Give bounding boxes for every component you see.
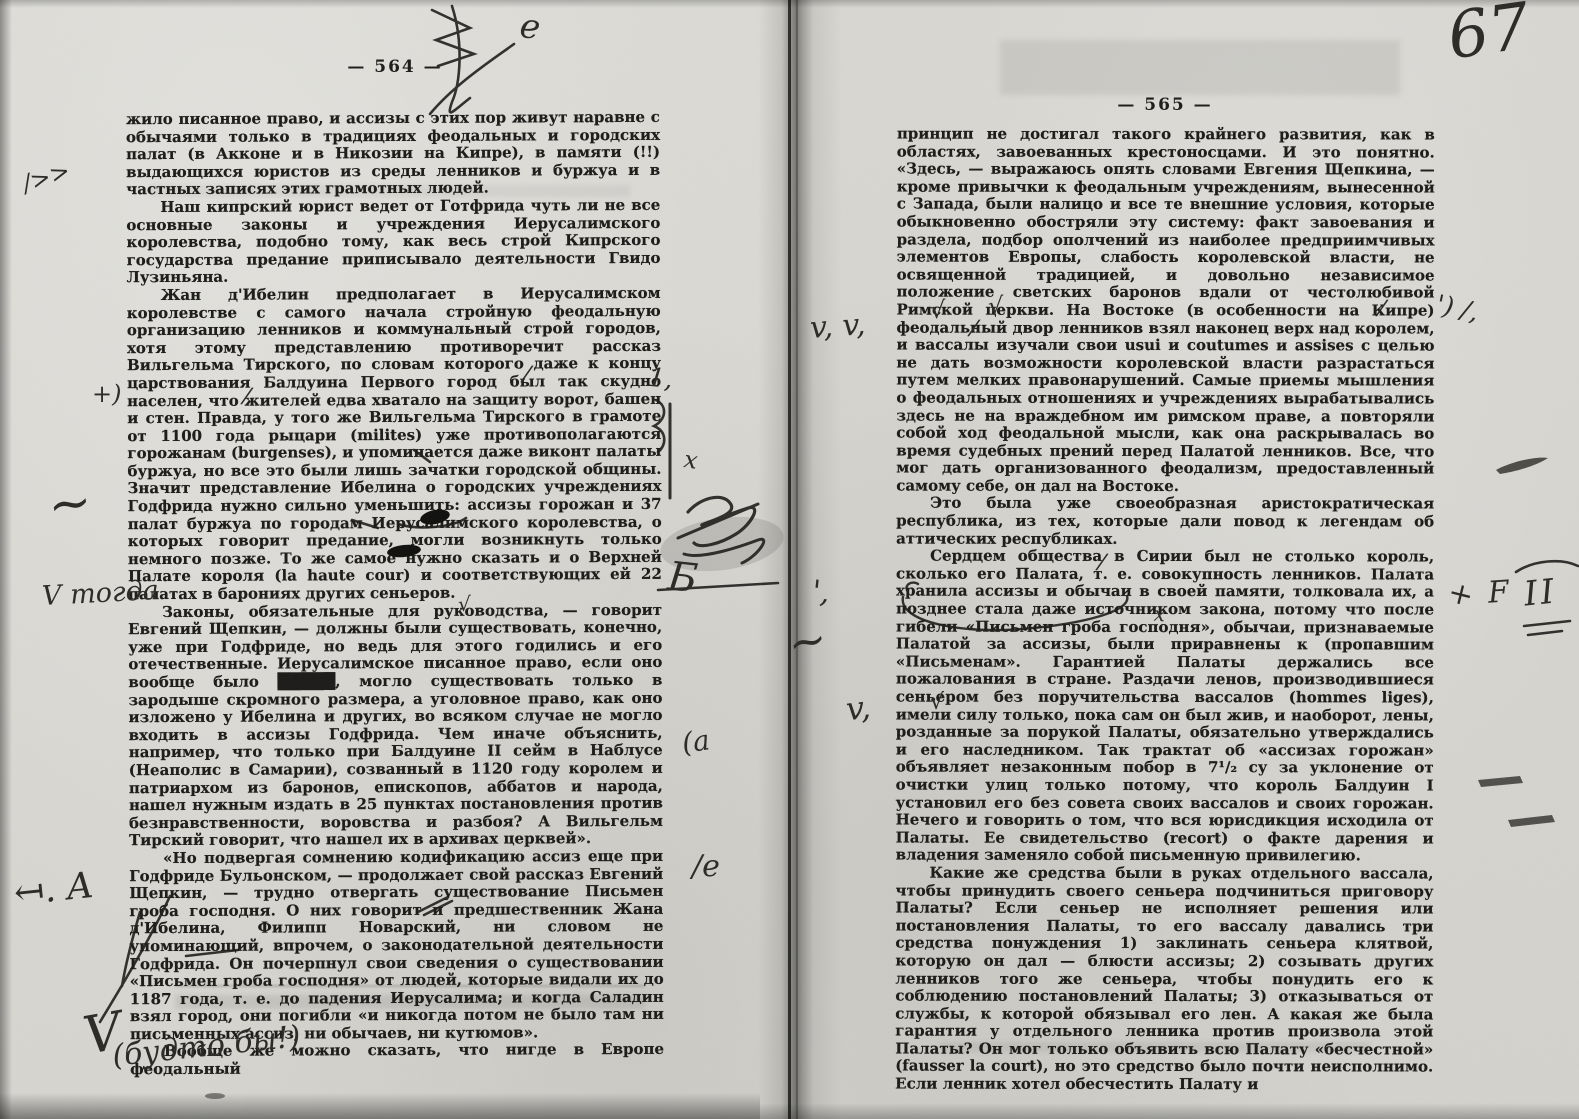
handwritten-check-mark: √ [458, 594, 471, 614]
handwritten-corner-number: 67 [1444, 0, 1534, 69]
handwritten-one-comma: 1, [647, 365, 674, 393]
paragraph: Это была уже своеобразная аристократичес… [896, 495, 1434, 549]
handwritten-tilde: ~ [45, 475, 95, 533]
handwritten-tick-comma: ', [810, 577, 831, 609]
paragraph: жило писанное право, и ассизы с этих пор… [126, 109, 660, 199]
handwritten-check-mark: √ [930, 692, 944, 714]
paragraph: Сердцем общества в Сирии был не столько … [896, 548, 1435, 866]
page-number-left: — 564 — [128, 57, 662, 77]
handwritten-b-mark: Б [666, 557, 699, 600]
handwritten-check-mark: √ [988, 294, 1003, 318]
handwritten-ii-numeral: II [1522, 574, 1558, 611]
paragraph: «Но подвергая сомнению кодификацию ассиз… [129, 848, 664, 1044]
handwritten-v-comma: v, [844, 691, 872, 725]
book-scan-spread: — 564 — жило писанное право, и ассизы с … [0, 0, 1579, 1119]
paragraph: Законы, обязательные для руководства, — … [128, 601, 663, 850]
handwritten-arrow-a: ↤. A [12, 868, 94, 912]
handwritten-x-mark: x [682, 447, 699, 473]
paragraph: Наш кипрский юрист ведет от Готфрида чут… [126, 197, 660, 287]
handwritten-paren-a: (a [680, 726, 711, 758]
text-column-left: жило писанное право, и ассизы с этих пор… [126, 109, 664, 1079]
page-number-right: — 565 — [896, 95, 1434, 115]
handwritten-check-mark: √ [930, 298, 945, 322]
handwritten-vv-marks: v, v, [809, 310, 866, 344]
paragraph: Жан д'Ибелин предполагает в Иерусалимско… [127, 285, 662, 604]
handwritten-quote-slash: ') /, [1434, 292, 1481, 326]
paragraph: Какие же средства были в руках отдельног… [895, 864, 1433, 1094]
handwritten-x-mark: x [1153, 604, 1166, 625]
paragraph: принцип не достигал такого крайнего разв… [896, 126, 1435, 496]
handwritten-f-letter: F [1487, 577, 1510, 608]
handwritten-note-togda: V тогда [41, 577, 159, 610]
handwritten-plus-paren: +) [92, 382, 121, 406]
handwritten-slash-e: /е [692, 852, 720, 882]
